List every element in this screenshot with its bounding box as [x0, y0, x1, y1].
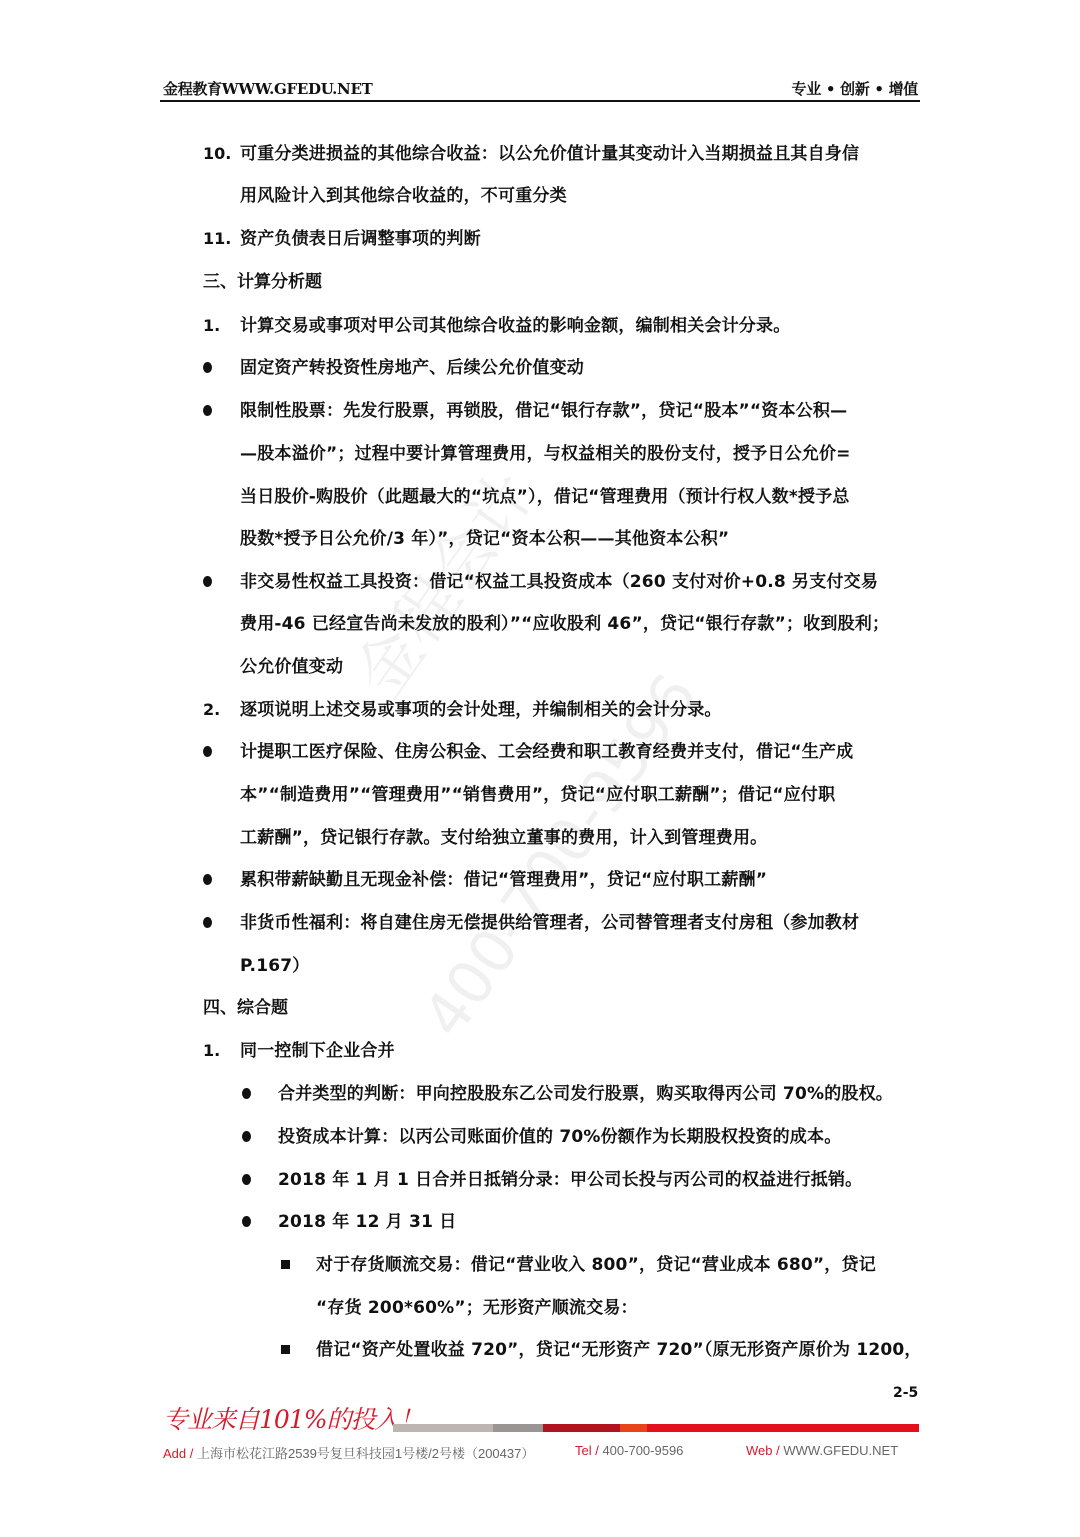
bullet-text: 固定资产转投资性房地产、后续公允价值变动: [240, 357, 584, 379]
bullet-text: 工薪酬”，贷记银行存款。支付给独立董事的费用，计入到管理费用。: [240, 827, 767, 849]
section-heading: 三、计算分析题: [203, 271, 322, 293]
sub-bullet-text: 对于存货顺流交易：借记“营业收入 800”，贷记“营业成本 680”，贷记: [316, 1254, 876, 1276]
question-text: 同一控制下企业合并: [240, 1040, 395, 1062]
bullet-text: 投资成本计算：以丙公司账面价值的 70%份额作为长期股权投资的成本。: [278, 1126, 841, 1148]
bullet-text: —股本溢价”；过程中要计算管理费用，与权益相关的股份支付，授予日公允价=: [240, 443, 851, 465]
question-number: 1.: [203, 315, 220, 337]
sub-bullet-text: 借记“资产处置收益 720”，贷记“无形资产 720”（原无形资产原价为 120…: [316, 1339, 922, 1361]
question-text: 计算交易或事项对甲公司其他综合收益的影响金额，编制相关会计分录。: [240, 315, 790, 337]
bullet-text: 限制性股票：先发行股票，再锁股，借记“银行存款”，贷记“股本”“资本公积—: [240, 400, 847, 422]
bullet-icon: [242, 1216, 251, 1227]
page-number: 2-5: [893, 1385, 918, 1401]
page-footer: Add / 上海市松花江路2539号复旦科技园1号楼/2号楼（200437） T…: [163, 1443, 923, 1463]
footer-slogan: 专业来自101%的投入！: [163, 1400, 422, 1436]
footer-website: Web / WWW.GFEDU.NET: [746, 1443, 898, 1458]
list-item-text: 资产负债表日后调整事项的判断: [240, 228, 481, 250]
header-divider: [160, 100, 920, 102]
section-heading: 四、综合题: [203, 997, 288, 1019]
footer-bar-segment: [393, 1424, 493, 1432]
bullet-icon: [203, 917, 212, 928]
bullet-icon: [203, 874, 212, 885]
bullet-icon: [242, 1174, 251, 1185]
bullet-icon: [203, 405, 212, 416]
bullet-icon: [203, 576, 212, 587]
bullet-text: 当日股价-购股价（此题最大的“坑点”），借记“管理费用（预计行权人数*授予总: [240, 486, 850, 508]
footer-bar-segment: [647, 1424, 919, 1432]
bullet-text: 非货币性福利：将自建住房无偿提供给管理者，公司替管理者支付房租（参加教材: [240, 912, 859, 934]
bullet-text: 费用-46 已经宣告尚未发放的股利）”“应收股利 46”，贷记“银行存款”；收到…: [240, 613, 889, 635]
bullet-icon: [242, 1131, 251, 1142]
bullet-text: P.167）: [240, 955, 309, 977]
list-item-text: 可重分类进损益的其他综合收益：以公允价值计量其变动计入当期损益且其自身信: [240, 143, 859, 165]
sub-bullet-text: “存货 200*60%”；无形资产顺流交易：: [316, 1297, 638, 1319]
question-number: 2.: [203, 699, 220, 721]
footer-bar-segment: [543, 1424, 620, 1432]
question-number: 1.: [203, 1040, 220, 1062]
bullet-text: 累积带薪缺勤且无现金补偿：借记“管理费用”，贷记“应付职工薪酬”: [240, 869, 767, 891]
bullet-text: 2018 年 1 月 1 日合并日抵销分录：甲公司长投与丙公司的权益进行抵销。: [278, 1169, 862, 1191]
bullet-icon: [203, 746, 212, 757]
header-brand: 金程教育WWW.GFEDU.NET: [163, 78, 372, 99]
footer-bar-segment: [620, 1424, 647, 1432]
question-text: 逐项说明上述交易或事项的会计处理，并编制相关的会计分录。: [240, 699, 722, 721]
bullet-text: 计提职工医疗保险、住房公积金、工会经费和职工教育经费并支付，借记“生产成: [240, 741, 853, 763]
list-number: 10.: [203, 143, 231, 165]
bullet-text: 股数*授予日公允价/3 年）”，贷记“资本公积——其他资本公积”: [240, 528, 729, 550]
bullet-icon: [242, 1088, 251, 1099]
bullet-text: 2018 年 12 月 31 日: [278, 1211, 456, 1233]
footer-address: Add / 上海市松花江路2539号复旦科技园1号楼/2号楼（200437）: [163, 1443, 534, 1462]
bullet-text: 合并类型的判断：甲向控股股东乙公司发行股票，购买取得丙公司 70%的股权。: [278, 1083, 893, 1105]
header-tagline: 专业 • 创新 • 增值: [792, 78, 918, 99]
bullet-text: 非交易性权益工具投资：借记“权益工具投资成本（260 支付对价+0.8 另支付交…: [240, 571, 878, 593]
square-bullet-icon: [281, 1345, 290, 1354]
footer-phone: Tel / 400-700-9596: [575, 1443, 683, 1458]
bullet-icon: [203, 362, 212, 373]
footer-bar-segment: [493, 1424, 543, 1432]
bullet-text: 公允价值变动: [240, 656, 343, 678]
square-bullet-icon: [281, 1260, 290, 1269]
bullet-text: 本”“制造费用”“管理费用”“销售费用”，贷记“应付职工薪酬”；借记“应付职: [240, 784, 835, 806]
page-header: 金程教育WWW.GFEDU.NET 专业 • 创新 • 增值: [163, 74, 918, 102]
list-item-text: 用风险计入到其他综合收益的，不可重分类: [240, 185, 567, 207]
list-number: 11.: [203, 228, 231, 250]
